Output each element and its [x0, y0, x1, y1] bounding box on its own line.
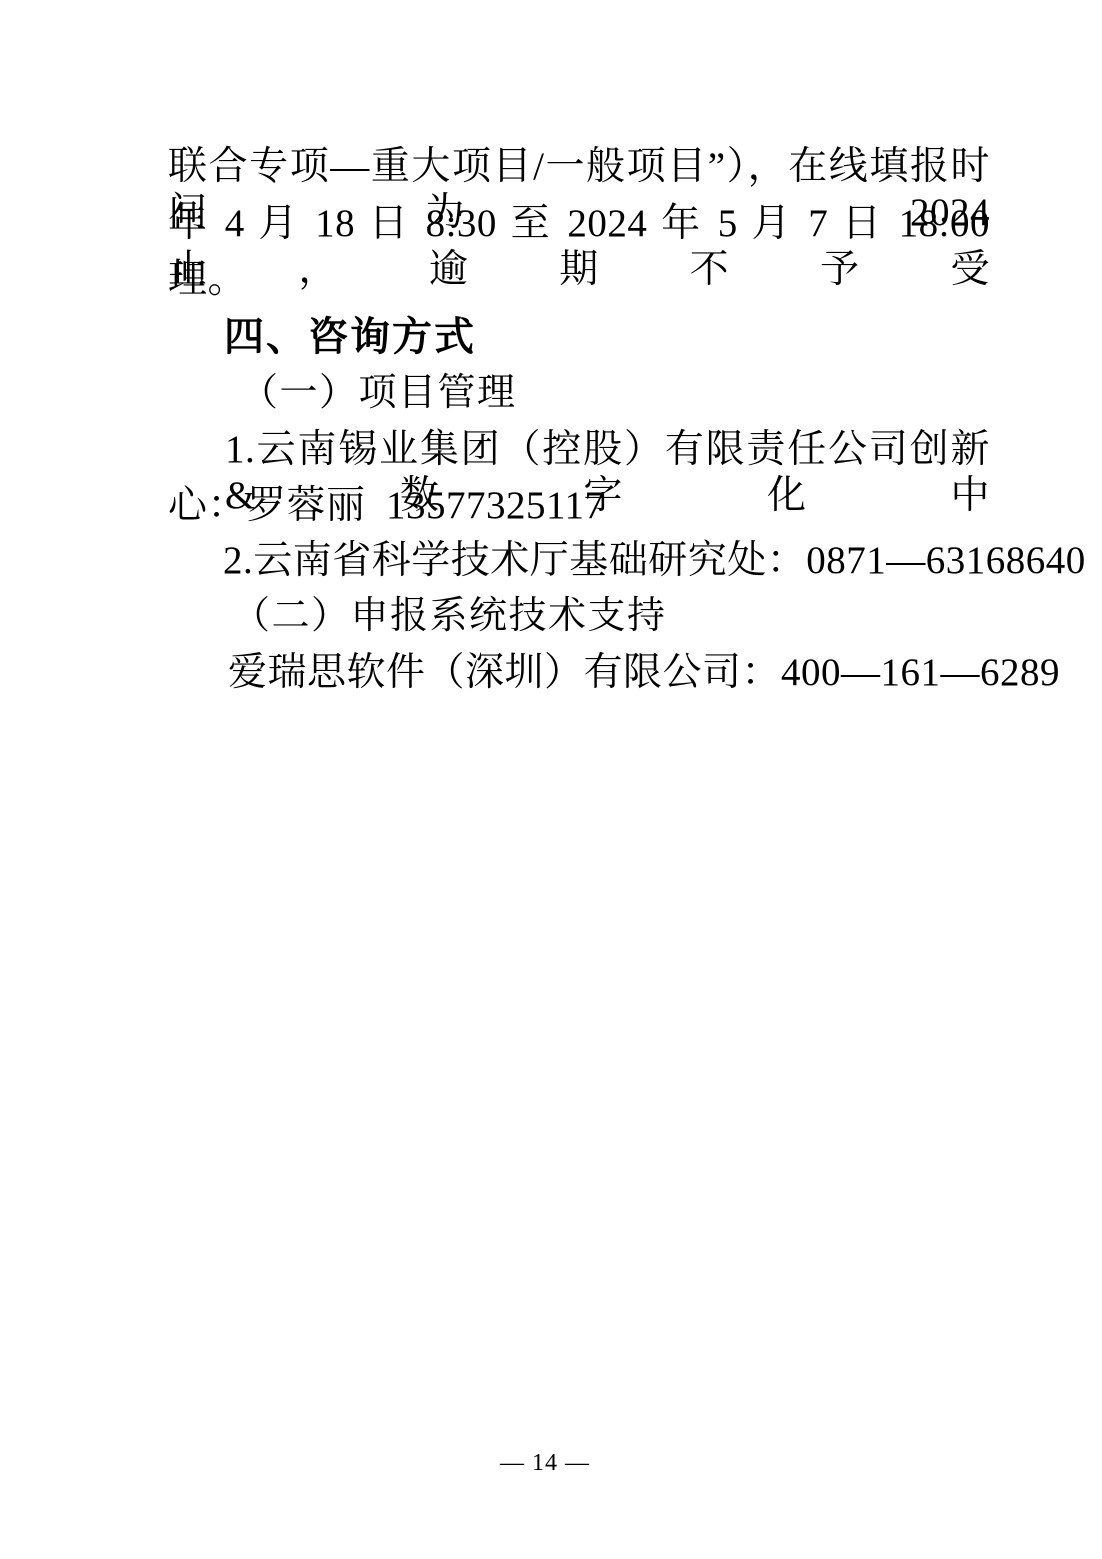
intro-paragraph-line-2: 年 4 月 18 日 8:30 至 2024 年 5 月 7 日 18:00 止…: [168, 201, 990, 293]
contact-item-3: 爱瑞思软件（深圳）有限公司：400—161—6289: [228, 650, 1060, 696]
subsection-heading-project-management: （一）项目管理: [240, 371, 517, 416]
subsection-heading-system-support: （二）申报系统技术支持: [232, 594, 667, 639]
page-number: — 14 —: [0, 1450, 1090, 1477]
intro-paragraph-line-3: 理。: [168, 257, 247, 303]
contact-item-2: 2.云南省科学技术厅基础研究处：0871—63168640: [223, 538, 1086, 584]
section-heading-consultation: 四、咨询方式: [224, 314, 476, 361]
document-page: 联合专项—重大项目/一般项目”），在线填报时间为 2024 年 4 月 18 日…: [0, 0, 1102, 1559]
contact-item-1-line-2: 心：罗蓉丽 13577325117: [168, 483, 605, 529]
